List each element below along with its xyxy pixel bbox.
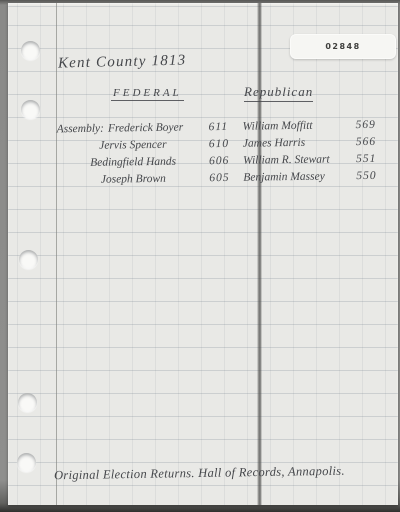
republican-candidate-name: William R. Stewart	[243, 151, 356, 170]
republican-candidate-name: Benjamin Massey	[243, 168, 356, 187]
record-row: Joseph Brown 605 Benjamin Massey 550	[57, 168, 389, 190]
republican-vote-count: 551	[356, 151, 389, 168]
binder-hole	[17, 453, 36, 472]
federal-vote-count: 606	[209, 153, 243, 170]
catalog-label: 02848	[290, 34, 396, 59]
republican-vote-count: 550	[356, 168, 389, 185]
catalog-number: 02848	[325, 42, 360, 51]
republican-candidate-name: James Harris	[243, 134, 356, 153]
candidate-name: Frederick Boyer	[108, 122, 183, 135]
notebook-paper: 02848 Kent County 1813 FEDERAL Republica…	[8, 3, 398, 505]
federal-candidate-name: Bedingfield Hands	[57, 153, 209, 172]
republican-vote-count: 566	[356, 134, 389, 151]
binder-hole	[21, 41, 40, 60]
republican-candidate-name: William Moffitt	[243, 117, 356, 136]
fold-shadow	[257, 3, 262, 505]
column-header-federal: FEDERAL	[111, 87, 184, 101]
source-citation: Original Election Returns. Hall of Recor…	[54, 464, 345, 484]
federal-vote-count: 605	[209, 170, 243, 187]
binder-hole	[21, 100, 40, 119]
federal-vote-count: 611	[209, 119, 243, 136]
federal-candidate-name: Joseph Brown	[57, 170, 209, 189]
binder-hole	[19, 250, 38, 269]
binder-hole	[18, 393, 37, 412]
federal-candidate-name: Assembly:Frederick Boyer	[57, 119, 209, 138]
federal-candidate-name: Jervis Spencer	[57, 136, 209, 155]
federal-vote-count: 610	[209, 136, 243, 153]
column-header-republican: Republican	[244, 84, 313, 102]
election-records-table: Assembly:Frederick Boyer 611 William Mof…	[57, 117, 390, 190]
margin-line	[56, 3, 57, 505]
office-label: Assembly:	[57, 123, 104, 136]
scanned-document-page: 02848 Kent County 1813 FEDERAL Republica…	[0, 0, 400, 512]
page-title: Kent County 1813	[58, 52, 187, 72]
republican-vote-count: 569	[356, 117, 389, 134]
